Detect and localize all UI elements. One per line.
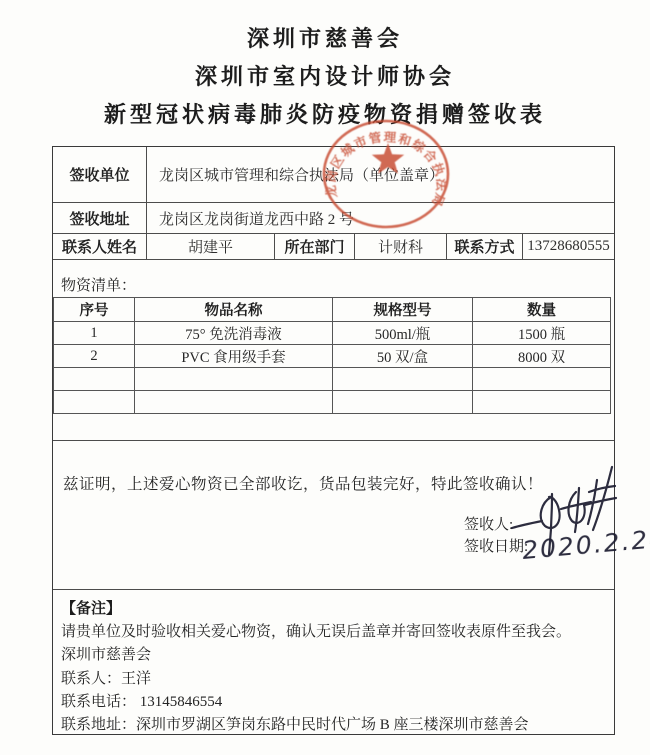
form-table: 签收单位 龙岗区城市管理和综合执法局（单位盖章） 签收地址 龙岗区龙岗街道龙西中… bbox=[52, 146, 615, 735]
item-quantity: 8000 双 bbox=[473, 345, 611, 368]
contact-phone-value: 13728680555 bbox=[523, 234, 614, 259]
table-row-empty bbox=[54, 391, 611, 414]
item-quantity bbox=[473, 368, 611, 391]
item-quantity: 1500 瓶 bbox=[473, 322, 611, 345]
item-spec bbox=[333, 391, 473, 414]
col-header-quantity: 数量 bbox=[473, 298, 611, 322]
materials-header-row: 序号 物品名称 规格型号 数量 bbox=[54, 298, 611, 322]
recipient-unit-label: 签收单位 bbox=[53, 147, 147, 202]
remark-line: 深圳市慈善会 bbox=[61, 644, 604, 667]
item-spec: 500ml/瓶 bbox=[333, 322, 473, 345]
item-spec bbox=[333, 368, 473, 391]
remarks-section: 【备注】 请贵单位及时验收相关爱心物资，确认无误后盖章并寄回签收表原件至我会。 … bbox=[53, 590, 614, 736]
item-name: 75° 免洗消毒液 bbox=[135, 322, 333, 345]
sign-date-label: 签收日期: bbox=[464, 536, 528, 558]
scanned-donation-receipt-form: 深圳市慈善会 深圳市室内设计师协会 新型冠状病毒肺炎防疫物资捐赠签收表 签收单位… bbox=[0, 0, 650, 755]
materials-section-label: 物资清单： bbox=[61, 274, 136, 295]
contact-phone-label: 联系方式 bbox=[447, 234, 523, 259]
department-value: 计财科 bbox=[355, 234, 447, 259]
col-header-spec: 规格型号 bbox=[333, 298, 473, 322]
item-index bbox=[54, 391, 135, 414]
remark-line: 联系电话： 13145846554 bbox=[61, 691, 604, 714]
remark-line: 联系地址：深圳市罗湖区笋岗东路中民时代广场 B 座三楼深圳市慈善会 bbox=[61, 714, 604, 737]
org-name-2: 深圳市室内设计师协会 bbox=[0, 58, 650, 96]
confirmation-statement: 兹证明，上述爱心物资已全部收讫，货品包装完好，特此签收确认！ bbox=[63, 472, 543, 494]
materials-section: 物资清单： 序号 物品名称 规格型号 数量 1 75° 免洗消毒液 500ml/… bbox=[53, 260, 614, 441]
table-row-empty bbox=[54, 368, 611, 391]
org-name-1: 深圳市慈善会 bbox=[0, 20, 650, 58]
table-row: 1 75° 免洗消毒液 500ml/瓶 1500 瓶 bbox=[54, 322, 611, 345]
item-index bbox=[54, 368, 135, 391]
department-label: 所在部门 bbox=[275, 234, 355, 259]
recipient-address-value: 龙岗区龙岗街道龙西中路 2 号 bbox=[147, 203, 614, 233]
contact-name-value: 胡建平 bbox=[147, 234, 275, 259]
item-index: 2 bbox=[54, 345, 135, 368]
recipient-address-row: 签收地址 龙岗区龙岗街道龙西中路 2 号 bbox=[53, 203, 614, 234]
item-spec: 50 双/盒 bbox=[333, 345, 473, 368]
form-title: 新型冠状病毒肺炎防疫物资捐赠签收表 bbox=[0, 96, 650, 134]
recipient-address-label: 签收地址 bbox=[53, 203, 147, 233]
remarks-title: 【备注】 bbox=[61, 598, 604, 621]
col-header-index: 序号 bbox=[54, 298, 135, 322]
contact-name-label: 联系人姓名 bbox=[53, 234, 147, 259]
document-header: 深圳市慈善会 深圳市室内设计师协会 新型冠状病毒肺炎防疫物资捐赠签收表 bbox=[0, 20, 650, 134]
item-quantity bbox=[473, 391, 611, 414]
signee-label: 签收人: bbox=[464, 514, 528, 536]
confirmation-section: 兹证明，上述爱心物资已全部收讫，货品包装完好，特此签收确认！ 签收人: 签收日期… bbox=[53, 441, 614, 590]
item-index: 1 bbox=[54, 322, 135, 345]
recipient-unit-row: 签收单位 龙岗区城市管理和综合执法局（单位盖章） bbox=[53, 147, 614, 203]
signature-block: 签收人: 签收日期: bbox=[464, 514, 528, 558]
table-row: 2 PVC 食用级手套 50 双/盒 8000 双 bbox=[54, 345, 611, 368]
remark-line: 请贵单位及时验收相关爱心物资，确认无误后盖章并寄回签收表原件至我会。 bbox=[61, 621, 604, 644]
item-name bbox=[135, 391, 333, 414]
recipient-unit-value: 龙岗区城市管理和综合执法局（单位盖章） bbox=[147, 147, 614, 202]
materials-table: 序号 物品名称 规格型号 数量 1 75° 免洗消毒液 500ml/瓶 1500… bbox=[53, 297, 611, 414]
remark-line: 联系人：王洋 bbox=[61, 668, 604, 691]
item-name bbox=[135, 368, 333, 391]
recipient-contact-row: 联系人姓名 胡建平 所在部门 计财科 联系方式 13728680555 bbox=[53, 234, 614, 260]
item-name: PVC 食用级手套 bbox=[135, 345, 333, 368]
col-header-item-name: 物品名称 bbox=[135, 298, 333, 322]
